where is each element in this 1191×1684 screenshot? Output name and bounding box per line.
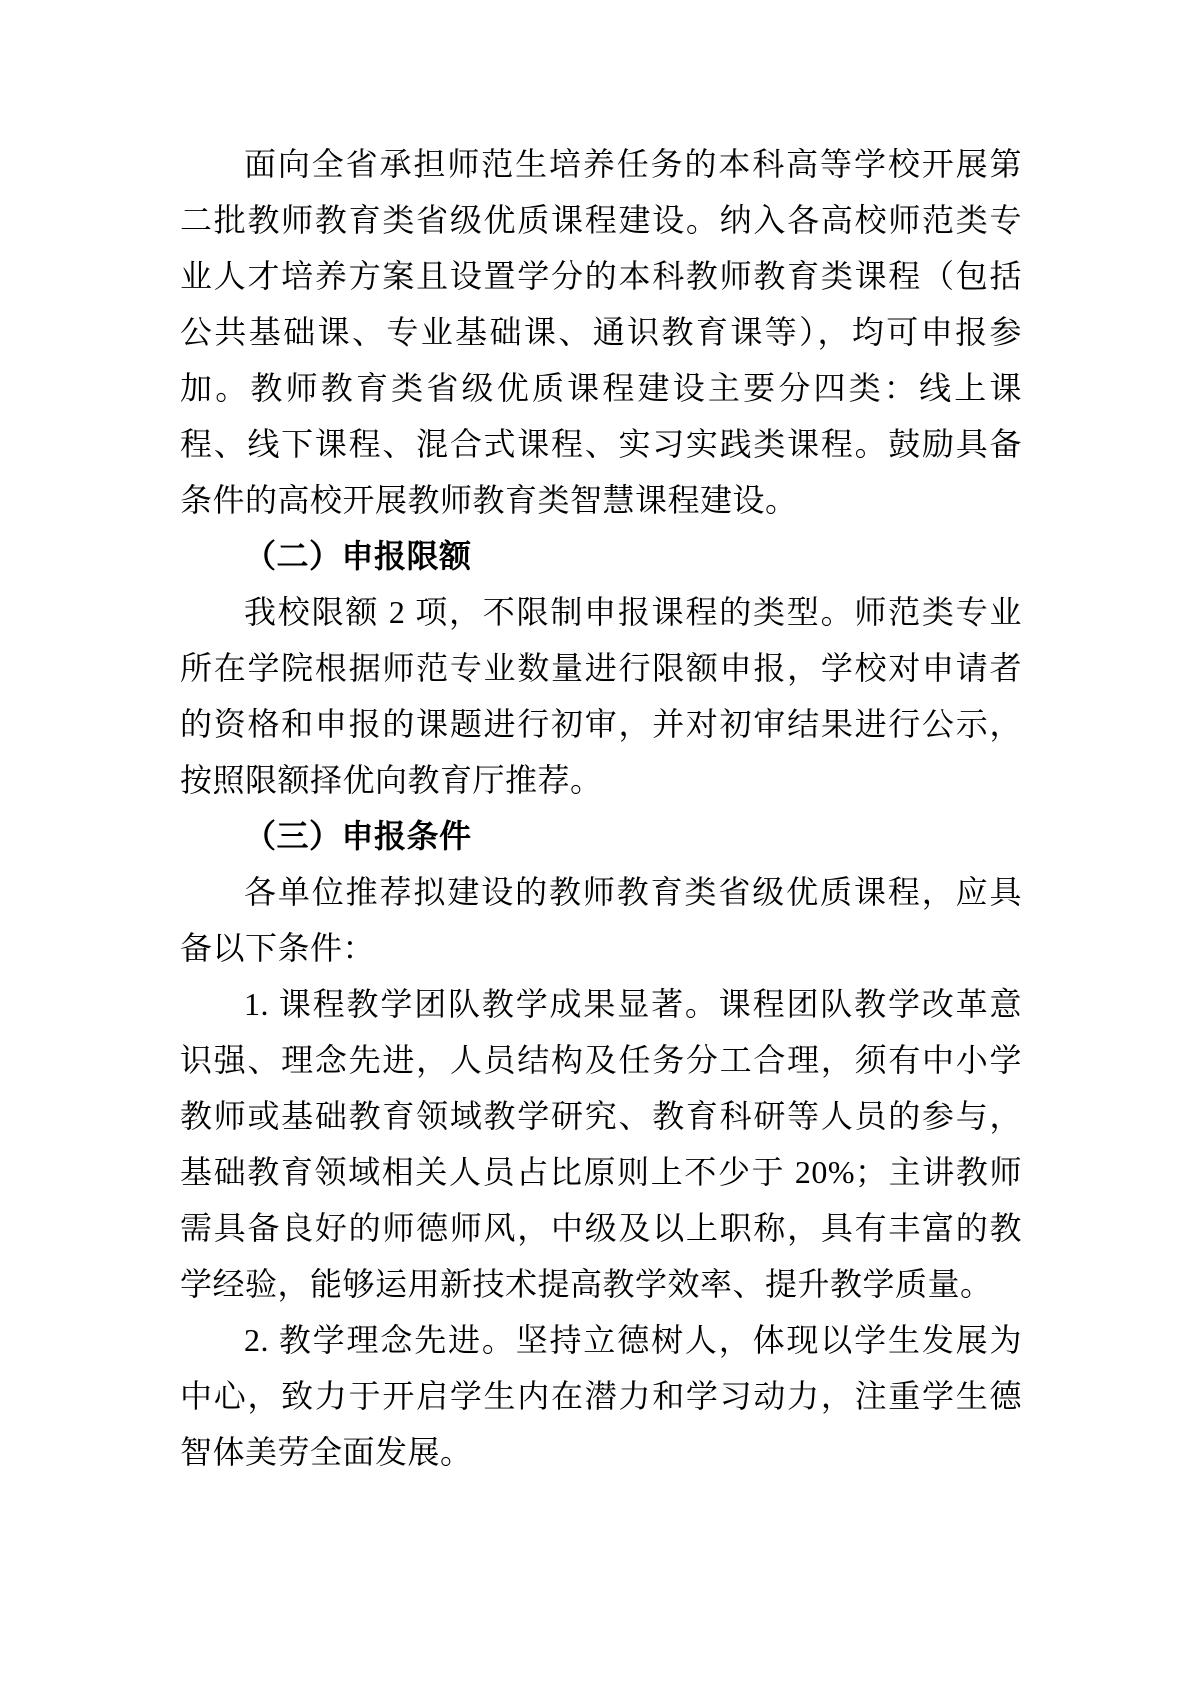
section-heading-application-quota: （二）申报限额 — [180, 528, 1022, 584]
body-paragraph-quota-details: 我校限额 2 项，不限制申报课程的类型。师范类专业所在学院根据师范专业数量进行限… — [180, 584, 1022, 808]
body-paragraph-condition-2: 2. 教学理念先进。坚持立德树人，体现以学生发展为中心，致力于开启学生内在潜力和… — [180, 1312, 1022, 1480]
document-page: 面向全省承担师范生培养任务的本科高等学校开展第二批教师教育类省级优质课程建设。纳… — [0, 0, 1191, 1684]
body-paragraph-condition-1: 1. 课程教学团队教学成果显著。课程团队教学改革意识强、理念先进，人员结构及任务… — [180, 976, 1022, 1312]
section-heading-application-conditions: （三）申报条件 — [180, 808, 1022, 864]
body-paragraph-application-scope: 面向全省承担师范生培养任务的本科高等学校开展第二批教师教育类省级优质课程建设。纳… — [180, 136, 1022, 528]
document-content: 面向全省承担师范生培养任务的本科高等学校开展第二批教师教育类省级优质课程建设。纳… — [180, 136, 1022, 1480]
body-paragraph-conditions-intro: 各单位推荐拟建设的教师教育类省级优质课程，应具备以下条件： — [180, 864, 1022, 976]
